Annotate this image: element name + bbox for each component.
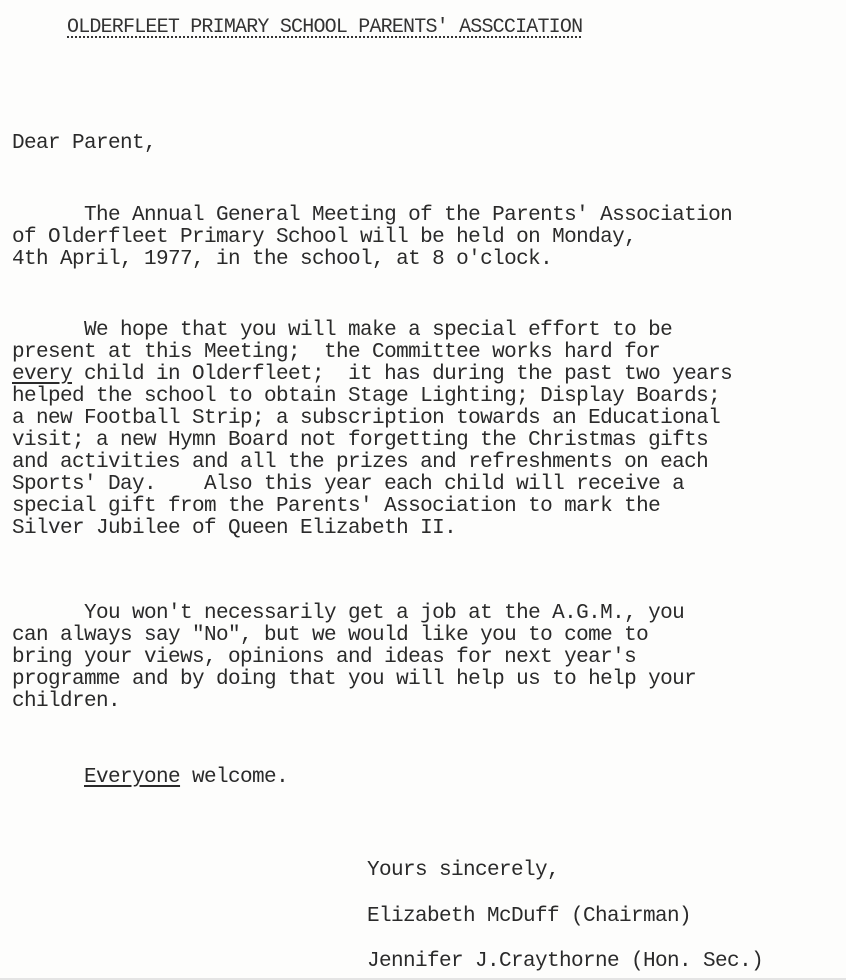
letter-page: OLDERFLEET PRIMARY SCHOOL PARENTS' ASSCC… bbox=[0, 0, 846, 980]
paragraph-line: bring your views, opinions and ideas for… bbox=[12, 647, 636, 669]
paragraph-line: every child in Olderfleet; it has during… bbox=[12, 364, 732, 386]
paragraph-line: helped the school to obtain Stage Lighti… bbox=[12, 386, 720, 408]
salutation: Dear Parent, bbox=[12, 133, 156, 155]
underlined-word-everyone: Everyone bbox=[84, 766, 180, 789]
paragraph-line: We hope that you will make a special eff… bbox=[12, 320, 672, 342]
line-text: child in Olderfleet; it has during the p… bbox=[72, 363, 732, 386]
line-text: welcome. bbox=[180, 766, 288, 789]
paragraph-line: Silver Jubilee of Queen Elizabeth II. bbox=[12, 518, 456, 540]
paragraph-line: children. bbox=[12, 691, 120, 713]
paragraph-line: of Olderfleet Primary School will be hel… bbox=[12, 227, 636, 249]
paragraph-line: a new Football Strip; a subscription tow… bbox=[12, 408, 720, 430]
closing-line: Everyone welcome. bbox=[12, 767, 288, 789]
paragraph-line: present at this Meeting; the Committee w… bbox=[12, 342, 660, 364]
signatory-secretary: Jennifer J.Craythorne (Hon. Sec.) bbox=[367, 951, 763, 973]
indent bbox=[12, 766, 84, 789]
paragraph-line: can always say "No", but we would like y… bbox=[12, 625, 648, 647]
signatory-chairman: Elizabeth McDuff (Chairman) bbox=[367, 906, 691, 928]
paragraph-line: special gift from the Parents' Associati… bbox=[12, 496, 660, 518]
paragraph-line: visit; a new Hymn Board not forgetting t… bbox=[12, 430, 708, 452]
paragraph-line: Sports' Day. Also this year each child w… bbox=[12, 474, 684, 496]
underlined-word-every: every bbox=[12, 363, 72, 386]
signoff: Yours sincerely, bbox=[367, 860, 559, 882]
paragraph-line: 4th April, 1977, in the school, at 8 o'c… bbox=[12, 249, 552, 271]
paragraph-line: The Annual General Meeting of the Parent… bbox=[12, 205, 732, 227]
letter-heading: OLDERFLEET PRIMARY SCHOOL PARENTS' ASSCC… bbox=[67, 17, 582, 39]
paragraph-line: and activities and all the prizes and re… bbox=[12, 452, 708, 474]
paragraph-line: programme and by doing that you will hel… bbox=[12, 669, 696, 691]
paragraph-line: You won't necessarily get a job at the A… bbox=[12, 603, 684, 625]
